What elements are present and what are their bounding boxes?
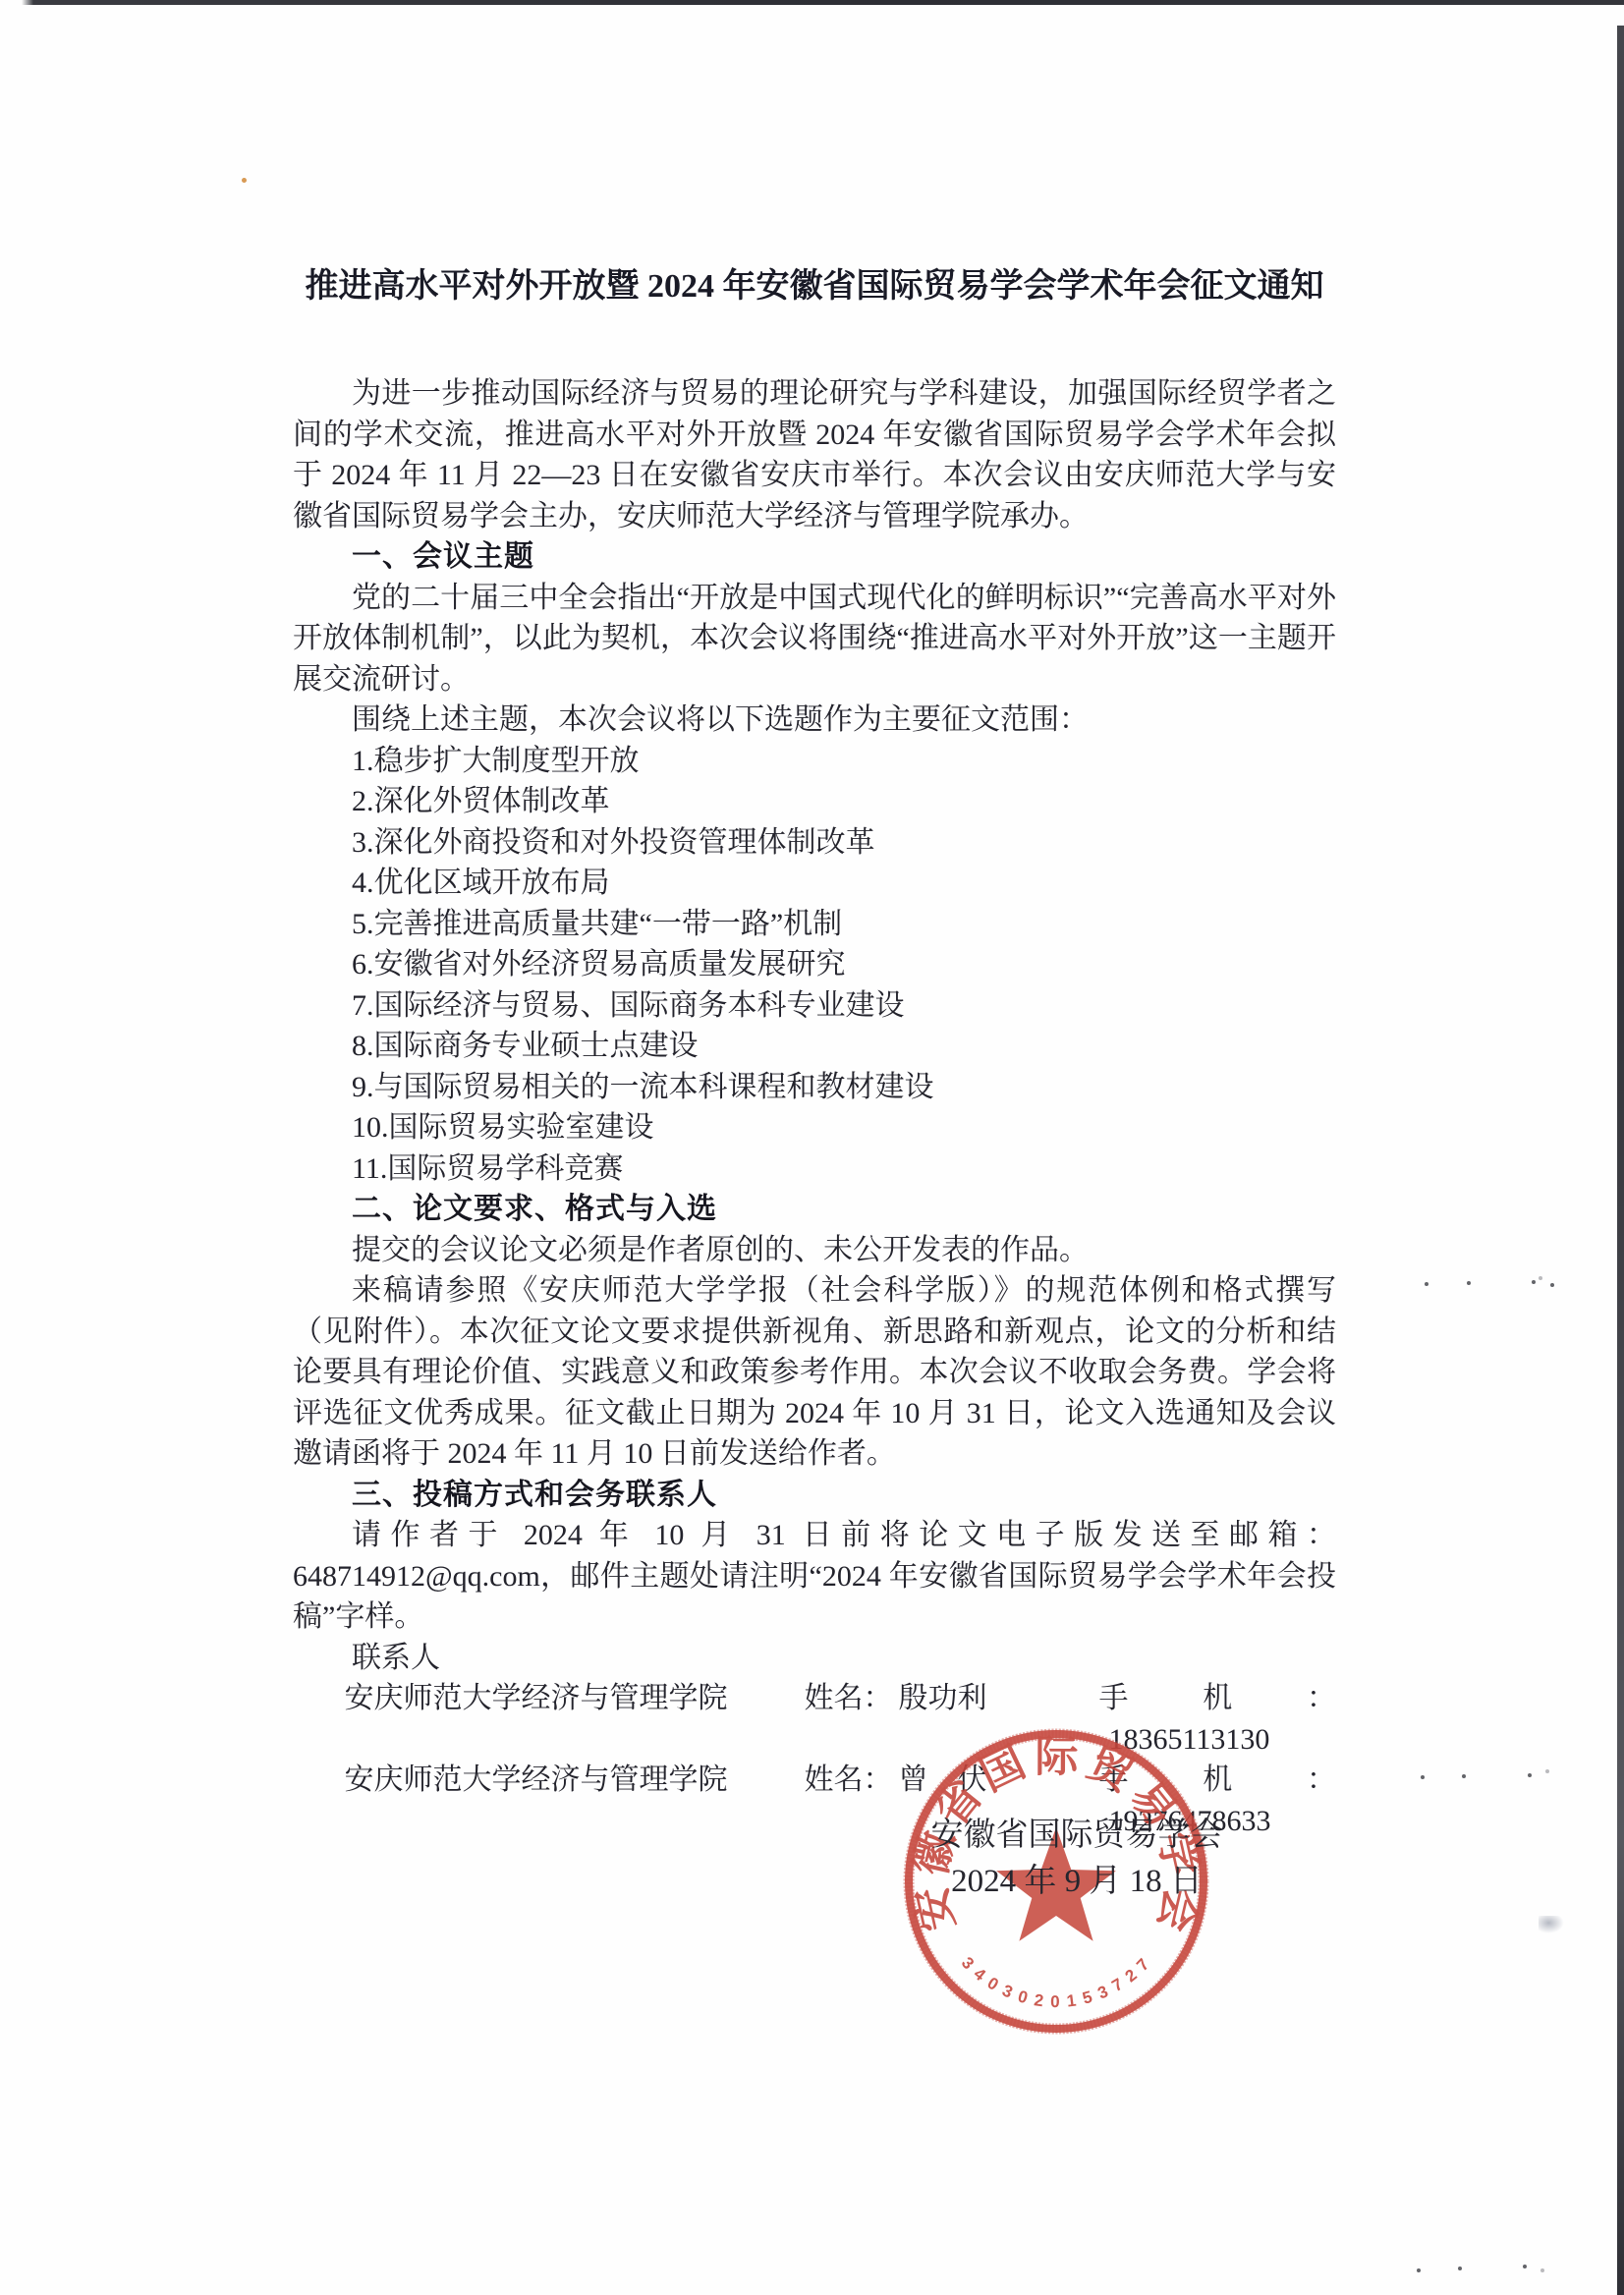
scan-speck [1540,2268,1544,2272]
section-2-paragraph: 来稿请参照《安庆师范大学学报（社会科学版）》的规范体例和格式撰写（见附件）。本次… [293,1270,1336,1475]
scan-speck [1462,1774,1466,1778]
topic-item: 9.与国际贸易相关的一流本科课程和教材建设 [293,1067,1336,1108]
contact-organization: 安庆师范大学经济与管理学院 [345,1678,805,1760]
section-1-paragraph: 围绕上述主题，本次会议将以下选题作为主要征文范围： [293,700,1336,741]
signature-organization: 安徽省国际贸易学会 [912,1813,1242,1859]
scan-speck [1417,2268,1421,2272]
contacts-label: 联系人 [293,1638,1336,1679]
contact-name-label: 姓名： [805,1682,893,1714]
section-1-paragraph: 党的二十届三中全会指出“开放是中国式现代化的鲜明标识”“完善高水平对外开放体制机… [293,578,1336,700]
scan-speck [1539,1276,1542,1280]
scan-speck [1528,1773,1532,1777]
section-3-heading: 三、投稿方式和会务联系人 [293,1475,1336,1516]
scan-speck [1532,1280,1536,1284]
scan-smudge [1539,1916,1564,1933]
topic-item: 11.国际贸易学科竞赛 [293,1148,1336,1190]
seal-serial-number: 3403020153727 [958,1953,1153,2011]
section-1-heading: 一、会议主题 [293,536,1336,578]
topic-item: 1.稳步扩大制度型开放 [293,741,1336,782]
scanned-document-page: 安徽省国际贸易学会 3403020153727 推进高水平对外开放暨 2024 … [0,0,1624,2295]
topic-item: 6.安徽省对外经济贸易高质量发展研究 [293,944,1336,985]
topic-item: 4.优化区域开放布局 [293,863,1336,904]
intro-paragraph: 为进一步推动国际经济与贸易的理论研究与学科建设，加强国际经贸学者之间的学术交流，… [293,373,1336,536]
scan-speck [1421,1775,1425,1779]
topic-item: 2.深化外贸体制改革 [293,781,1336,822]
contact-name-label: 姓名： [805,1763,893,1796]
scan-edge-right [1617,26,1624,2295]
topic-item: 8.国际商务专业硕士点建设 [293,1026,1336,1067]
document-body: 推进高水平对外开放暨 2024 年安徽省国际贸易学会学术年会征文通知 为进一步推… [293,265,1336,1841]
document-title: 推进高水平对外开放暨 2024 年安徽省国际贸易学会学术年会征文通知 [293,265,1336,308]
scan-edge-top [0,0,1624,5]
topic-item: 5.完善推进高质量共建“一带一路”机制 [293,904,1336,945]
scan-speck [1467,1281,1471,1285]
section-3-paragraph: 请作者于 2024 年 10 月 31 日前将论文电子版发送至邮箱：648714… [293,1515,1336,1638]
scan-speck [1545,1769,1549,1773]
contact-phone-label: 手机： [1099,1682,1337,1714]
signature-date: 2024 年 9 月 18 日 [912,1859,1242,1905]
contact-organization: 安庆师范大学经济与管理学院 [345,1760,805,1841]
scan-speck [242,178,247,183]
section-2-paragraph: 提交的会议论文必须是作者原创的、未公开发表的作品。 [293,1230,1336,1271]
topic-item: 7.国际经济与贸易、国际商务本科专业建设 [293,985,1336,1027]
topic-item: 3.深化外商投资和对外投资管理体制改革 [293,822,1336,864]
signature-block: 安徽省国际贸易学会 2024 年 9 月 18 日 [912,1813,1242,1905]
contact-name-value: 殷功利 [899,1682,987,1714]
section-2-heading: 二、论文要求、格式与入选 [293,1189,1336,1230]
svg-text:3403020153727: 3403020153727 [958,1953,1153,2011]
topic-item: 10.国际贸易实验室建设 [293,1107,1336,1148]
scan-speck [1425,1282,1428,1286]
scan-speck [1458,2267,1462,2270]
scan-speck [1523,2265,1527,2268]
scan-speck [1550,1283,1554,1287]
